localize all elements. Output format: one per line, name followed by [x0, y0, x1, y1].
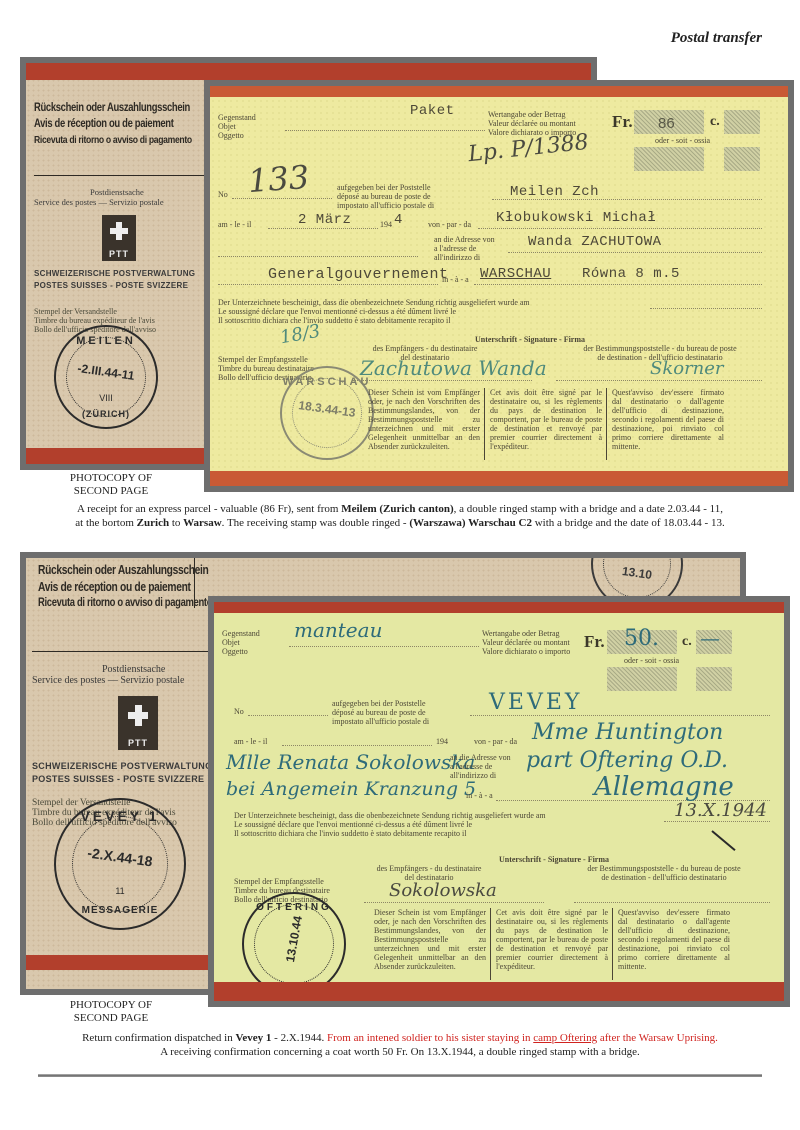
label-in: in - à - a — [466, 792, 493, 801]
label-valore: Valore dichiarato o importo — [482, 648, 570, 657]
recipient-name: Mlle Renata Sokolowska — [226, 750, 475, 774]
sender-name: Mme Huntington — [532, 720, 723, 745]
label-adresse-it: all'indirizzo di — [434, 254, 480, 263]
caption-highlight: after the Warsaw Uprising. — [597, 1032, 718, 1044]
photocopy-label-line-2: SECOND PAGE — [26, 485, 196, 498]
label-am: am - le - il — [234, 738, 267, 747]
label-year: 194 — [380, 221, 392, 230]
label-fr: Fr. — [612, 112, 633, 132]
label-impostato: impostato all'ufficio postale di — [337, 202, 434, 211]
instructions-fr: Cet avis doit être signé par le destinat… — [496, 908, 608, 971]
stempel-line-1: Stempel der Versandstelle — [34, 307, 117, 316]
label-bescheinigt-it: Il sottoscritto dichiara che l'invio sud… — [234, 830, 466, 839]
postmark-town: MEILEN — [56, 335, 156, 347]
caption-text: A receipt for an express parcel - valuab… — [77, 503, 341, 515]
recipient-country: Allemagne — [594, 772, 734, 802]
photocopy-label-1: PHOTOCOPY OF SECOND PAGE — [26, 472, 196, 498]
swiss-cross-ptt-logo-icon: PTT — [102, 215, 136, 261]
back-heading-fr: Avis de réception ou de paiement — [38, 579, 191, 596]
label-c: c. — [710, 114, 720, 130]
recipient-signature: Sokolowska — [389, 880, 497, 901]
photocopy-label-2: PHOTOCOPY OF SECOND PAGE — [26, 999, 196, 1025]
posting-year-digit: 4 — [394, 212, 403, 228]
photocopy-label-line-2: SECOND PAGE — [26, 1012, 196, 1025]
destination-postmark-oftering: OFTERING 13.10.44 — [242, 892, 346, 996]
back-heading-it: Ricevuta di ritorno o avviso di pagament… — [38, 596, 212, 611]
recipient-signature: Zachutowa Wanda — [360, 356, 547, 380]
delivery-date: 13.X.1944 — [674, 800, 767, 821]
label-year: 194 — [436, 738, 448, 747]
back-heading-it: Ricevuta di ritorno o avviso di pagament… — [34, 133, 192, 148]
origin-postmark-meilen: MEILEN -2.III.44-11 VIII (ZÜRICH) — [54, 325, 158, 429]
postmark-town: WARSCHAU — [282, 376, 372, 388]
caption-text: - 2.X.1944. — [271, 1032, 327, 1044]
posting-date: 2 März — [298, 212, 351, 228]
stempel-line-2: Timbre du bureau expéditeur de l'avis — [34, 316, 155, 325]
admin-line-2: POSTES SUISSES - POSTE SVIZZERE — [32, 774, 204, 784]
caption-bold: (Warszawa) Warschau C2 — [409, 517, 532, 529]
handwritten-reference: Lp. P/1388 — [467, 130, 590, 167]
admin-line-1: SCHWEIZERISCHE POSTVERWALTUNG — [32, 761, 212, 771]
caption-2: Return confirmation dispatched in Vevey … — [20, 1031, 780, 1059]
caption-1: A receipt for an express parcel - valuab… — [20, 502, 780, 530]
postmark-canton: (ZÜRICH) — [56, 409, 156, 419]
declared-value-c: — — [700, 626, 720, 650]
recipient-camp-address: part Oftering O.D. — [526, 748, 728, 773]
postmark-town: VEVEY 1 — [56, 808, 184, 824]
back-heading-fr: Avis de réception ou de paiement — [34, 117, 174, 132]
label-bescheinigt-it: Il sottoscritto dichiara che l'invio sud… — [218, 317, 450, 326]
posting-office: VEVEY — [489, 690, 582, 715]
label-no: No — [218, 191, 228, 200]
ptt-logo-text: PTT — [102, 249, 136, 259]
label-fr: Fr. — [584, 632, 605, 652]
postmark-office-number: 11 — [56, 886, 184, 896]
declared-value-fr: 50. — [624, 626, 659, 651]
label-c: c. — [682, 634, 692, 650]
service-line-1: Postdienstsache — [90, 187, 144, 197]
instructions-it: Quest'avviso dev'essere firmato dal dest… — [612, 388, 724, 451]
label-destination-office: de destination - dell'ufficio destinatar… — [564, 874, 764, 883]
swiss-cross-ptt-logo-icon: PTT — [118, 696, 158, 750]
label-oder: oder - soit - ossia — [655, 137, 710, 146]
object-handwritten: manteau — [294, 618, 382, 642]
doc1-front-photo: Paket Gegenstand Objet Oggetto Wertangab… — [204, 80, 794, 492]
caption-bold: Vevey 1 — [235, 1032, 271, 1044]
label-no: No — [234, 708, 244, 717]
caption-text: to — [169, 517, 183, 529]
recipient-street: Równa 8 m.5 — [582, 266, 680, 282]
ptt-logo-text: PTT — [118, 738, 158, 748]
service-line-2: Service des postes — Servizio postale — [32, 675, 184, 686]
label-impostato: impostato all'ufficio postale di — [332, 718, 429, 727]
label-von: von - par - da — [474, 738, 517, 747]
destination-postmark-warschau: WARSCHAU 18.3.44-13 — [280, 366, 374, 460]
instructions-fr: Cet avis doit être signé par le destinat… — [490, 388, 602, 451]
photocopy-label-line-1: PHOTOCOPY OF — [26, 999, 196, 1012]
page-title: Postal transfer — [671, 30, 762, 47]
caption-bold: Warsaw — [183, 517, 222, 529]
postmark-office-number: VIII — [56, 393, 156, 403]
posting-office: Meilen Zch — [510, 184, 599, 200]
instructions-it: Quest'avviso dev'essere firmato dal dest… — [618, 908, 730, 971]
recipient-city: WARSCHAU — [480, 266, 551, 282]
photocopy-label-line-1: PHOTOCOPY OF — [26, 472, 196, 485]
admin-line-2: POSTES SUISSES - POSTE SVIZZERE — [34, 281, 188, 290]
recipient-street: bei Angemein Kranzung 5 — [226, 778, 476, 800]
label-oggetto: Oggetto — [222, 648, 248, 657]
caption-text: A receiving confirmation concerning a co… — [160, 1046, 640, 1058]
label-oggetto: Oggetto — [218, 132, 244, 141]
caption-text: , a double ringed stamp with a bridge an… — [454, 503, 723, 515]
origin-postmark-vevey: VEVEY 1 -2.X.44-18 11 MESSAGERIE — [54, 798, 186, 930]
caption-text: Return confirmation dispatched in — [82, 1032, 235, 1044]
caption-bold: Meilem (Zurich canton) — [341, 503, 453, 515]
caption-highlight: From an intened soldier to his sister st… — [327, 1032, 533, 1044]
office-signature: Skorner — [650, 358, 724, 379]
object-typed: Paket — [410, 103, 455, 119]
back-heading-de: Rückschein oder Auszahlungsschein — [34, 101, 190, 116]
bottom-divider — [38, 1074, 762, 1077]
caption-highlight-underlined: camp Oftering — [533, 1032, 597, 1044]
recipient-name: Wanda ZACHUTOWA — [528, 234, 662, 250]
label-am: am - le - il — [218, 221, 251, 230]
caption-text: with a bridge and the date of 18.03.44 -… — [532, 517, 725, 529]
sender-name: Kłobukowski Michał — [496, 210, 656, 226]
doc2-front-photo: Gegenstand Objet Oggetto manteau Wertang… — [208, 596, 790, 1007]
label-in: in - à - a — [442, 276, 469, 285]
recipient-region: Generalgouvernement — [268, 266, 449, 283]
admin-line-1: SCHWEIZERISCHE POSTVERWALTUNG — [34, 269, 195, 278]
instructions-de: Dieser Schein ist vom Empfänger oder, je… — [374, 908, 486, 971]
label-oder: oder - soit - ossia — [624, 657, 679, 666]
service-line-2: Service des postes — Servizio postale — [34, 197, 164, 207]
declared-value-fr: 86 — [658, 115, 675, 132]
receipt-number: 133 — [247, 158, 311, 200]
caption-text: at the bortom — [75, 517, 136, 529]
back-heading-de: Rückschein oder Auszahlungsschein — [38, 562, 208, 579]
caption-text: . The receiving stamp was double ringed … — [222, 517, 410, 529]
service-line-1: Postdienstsache — [102, 664, 165, 675]
postmark-service: MESSAGERIE — [56, 905, 184, 916]
instructions-de: Dieser Schein ist vom Empfänger oder, je… — [368, 388, 480, 451]
arrow-pointer-icon — [711, 830, 735, 851]
label-von: von - par - da — [428, 221, 471, 230]
caption-bold: Zurich — [137, 517, 169, 529]
